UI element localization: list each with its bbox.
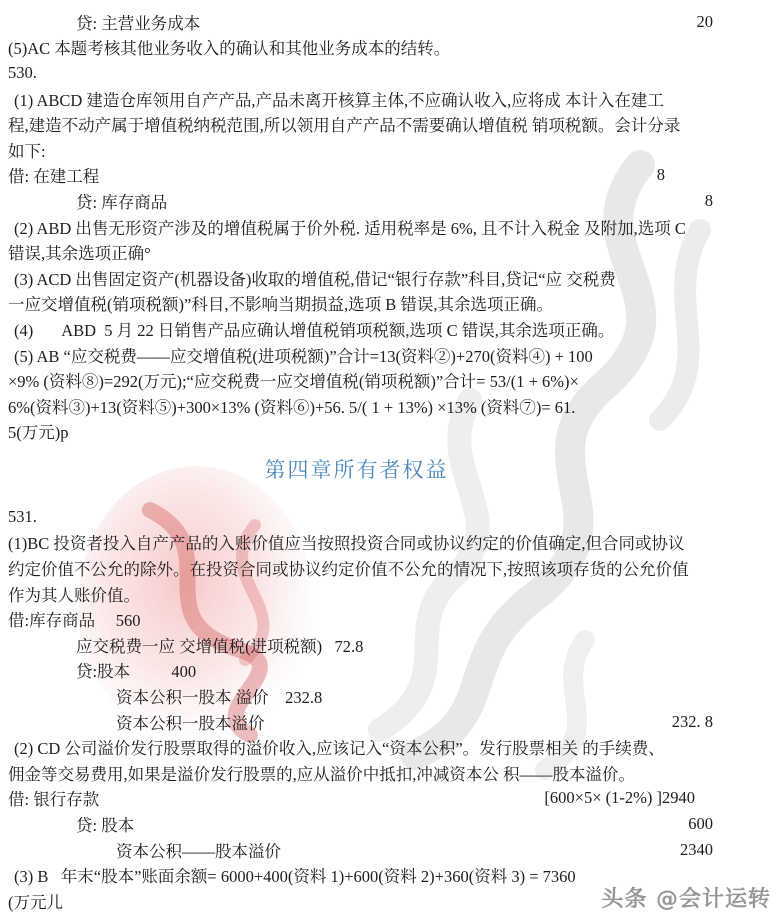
doc-line: 一应交增值税(销项税额)”科目,不影响当期损益,选项 B 错误,其余选项正确。 — [0, 291, 713, 317]
line-text: (万元儿 — [8, 889, 63, 913]
doc-line: 作为其人账价值。 — [0, 581, 713, 607]
doc-line: 530. — [0, 60, 713, 86]
line-text: ×9% (资料⑧)=292(万元);“应交税费一应交增值税(销项税额)”合计= … — [8, 368, 579, 392]
line-text: 佣金等交易费用,如果是溢价发行股票的,应从溢价中抵扣,冲减资本公 积——股本溢价… — [8, 761, 635, 785]
doc-line: 错误,其余选项正确° — [0, 239, 713, 265]
doc-line: 贷: 主营业务成本20 — [0, 9, 713, 35]
line-text: (5)AC 本题考核其他业务收入的确认和其他业务成本的结转。 — [8, 35, 450, 59]
line-text: 借:库存商品 560 — [8, 607, 140, 631]
doc-line: (3) ACD 出售固定资产(机器设备)收取的增值税,借记“银行存款”科目,贷记… — [0, 265, 713, 291]
line-text: (2) ABD 出售无形资产涉及的增值税属于价外税. 适用税率是 6%, 且不计… — [14, 215, 686, 239]
line-text: 6%(资料③)+13(资料⑤)+300×13% (资料⑥)+56. 5/( 1 … — [8, 394, 575, 418]
line-text: 贷: 库存商品 — [76, 189, 167, 213]
doc-line: 6%(资料③)+13(资料⑤)+300×13% (资料⑥)+56. 5/( 1 … — [0, 393, 713, 419]
line-text: 一应交增值税(销项税额)”科目,不影响当期损益,选项 B 错误,其余选项正确。 — [8, 291, 553, 315]
line-text: (1)BC 投资者投入自产产品的入账价值应当按照投资合同或协议约定的价值确定,但… — [8, 530, 685, 554]
doc-line: (2) ABD 出售无形资产涉及的增值税属于价外税. 适用税率是 6%, 且不计… — [0, 214, 713, 240]
doc-line: (5)AC 本题考核其他业务收入的确认和其他业务成本的结转。 — [0, 35, 713, 61]
amount-value: 2340 — [680, 840, 713, 860]
line-text: 如下: — [8, 138, 46, 162]
doc-line: (1) ABCD 建造仓库领用自产产品,产品未离开核算主体,不应确认收入,应将成… — [0, 86, 713, 112]
line-text: 531. — [8, 507, 37, 527]
line-text: 作为其人账价值。 — [8, 582, 140, 606]
doc-line: 借: 在建工程8 — [0, 163, 713, 189]
doc-line: (1)BC 投资者投入自产产品的入账价值应当按照投资合同或协议约定的价值确定,但… — [0, 530, 713, 556]
doc-line: 531. — [0, 504, 713, 530]
line-text: 资本公积一股本 溢价 232.8 — [116, 684, 322, 708]
doc-line: 约定价值不公允的除外。在投资合同或协议约定价值不公允的情况下,按照该项存货的公允… — [0, 555, 713, 581]
doc-line: 资本公积一股本溢价232. 8 — [0, 709, 713, 735]
chapter-heading: 第四章所有者权益 — [0, 454, 713, 486]
doc-line: (5) AB “应交税费——应交增值税(进项税额)”合计=13(资料②)+270… — [0, 342, 713, 368]
doc-line: 借:库存商品 560 — [0, 606, 713, 632]
line-text: 资本公积——股本溢价 — [116, 838, 281, 862]
toutiao-watermark: 头条 @会计运转 — [601, 882, 771, 913]
doc-line: 贷: 股本600 — [0, 811, 713, 837]
doc-line: 应交税费一应 交增值税(进项税额) 72.8 — [0, 632, 713, 658]
line-text: 约定价值不公允的除外。在投资合同或协议约定价值不公允的情况下,按照该项存货的公允… — [8, 556, 689, 580]
line-text: (1) ABCD 建造仓库领用自产产品,产品未离开核算主体,不应确认收入,应将成… — [14, 87, 664, 111]
amount-value: 8 — [657, 165, 665, 185]
line-text: (5) AB “应交税费——应交增值税(进项税额)”合计=13(资料②)+270… — [14, 343, 593, 367]
amount-value: 232. 8 — [672, 712, 713, 732]
doc-line: 如下: — [0, 137, 713, 163]
line-text: 借: 银行存款 — [8, 786, 99, 810]
line-text: 贷: 股本 — [76, 812, 134, 836]
doc-line: 贷: 库存商品8 — [0, 188, 713, 214]
line-text: (3) ACD 出售固定资产(机器设备)收取的增值税,借记“银行存款”科目,贷记… — [14, 266, 616, 290]
doc-line: (4) ABD 5 月 22 日销售产品应确认增值税销项税额,选项 C 错误,其… — [0, 316, 713, 342]
line-text: 530. — [8, 63, 37, 83]
line-text: 错误,其余选项正确° — [8, 240, 151, 264]
line-text: 借: 在建工程 — [8, 163, 99, 187]
line-text: 贷: 主营业务成本 — [76, 10, 200, 34]
line-text: 应交税费一应 交增值税(进项税额) 72.8 — [76, 633, 363, 657]
line-text: (2) CD 公司溢价发行股票取得的溢价收入,应该记入“资本公积”。发行股票相关… — [14, 735, 665, 759]
doc-line: ×9% (资料⑧)=292(万元);“应交税费一应交增值税(销项税额)”合计= … — [0, 367, 713, 393]
document-page: 贷: 主营业务成本20 (5)AC 本题考核其他业务收入的确认和其他业务成本的结… — [0, 0, 777, 914]
line-text: (4) ABD 5 月 22 日销售产品应确认增值税销项税额,选项 C 错误,其… — [14, 317, 614, 341]
line-text: 资本公积一股本溢价 — [116, 710, 265, 734]
doc-line: 资本公积一股本 溢价 232.8 — [0, 683, 713, 709]
doc-line: 贷:股本 400 — [0, 658, 713, 684]
amount-value: [600×5× (1-2%) ]2940 — [544, 788, 695, 808]
doc-line: (2) CD 公司溢价发行股票取得的溢价收入,应该记入“资本公积”。发行股票相关… — [0, 734, 713, 760]
amount-value: 20 — [697, 12, 714, 32]
doc-line: 借: 银行存款[600×5× (1-2%) ]2940 — [0, 786, 713, 812]
line-text: 5(万元)p — [8, 419, 69, 443]
line-text: (3) B 年末“股本”账面余额= 6000+400(资料 1)+600(资料 … — [14, 863, 576, 887]
amount-value: 8 — [705, 191, 713, 211]
doc-line: 5(万元)p — [0, 419, 713, 445]
doc-line: 资本公积——股本溢价2340 — [0, 837, 713, 863]
doc-line: 佣金等交易费用,如果是溢价发行股票的,应从溢价中抵扣,冲减资本公 积——股本溢价… — [0, 760, 713, 786]
doc-line: 程,建造不动产属于增值税纳税范围,所以领用自产产品不需要确认增值税 销项税额。会… — [0, 111, 713, 137]
line-text: 程,建造不动产属于增值税纳税范围,所以领用自产产品不需要确认增值税 销项税额。会… — [8, 112, 680, 136]
line-text: 贷:股本 400 — [76, 658, 196, 682]
amount-value: 600 — [688, 814, 713, 834]
